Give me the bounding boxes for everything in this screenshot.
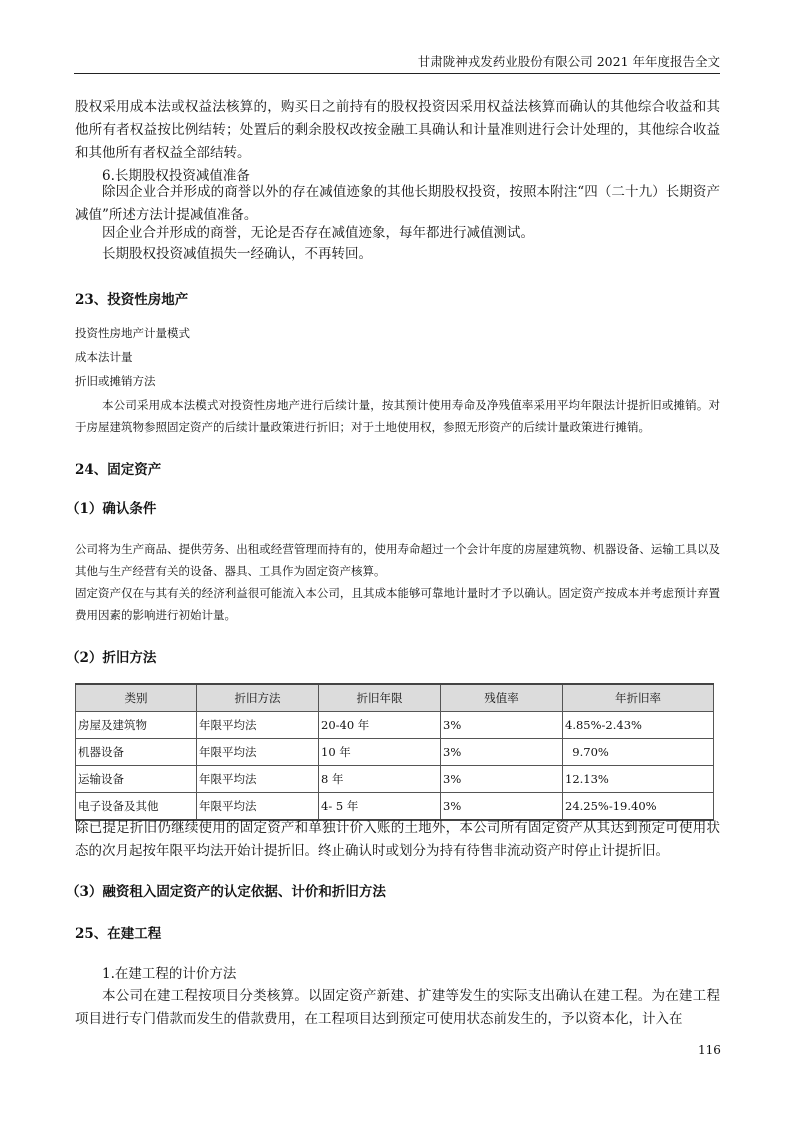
table-row: 电子设备及其他 年限平均法 4- 5 年 3% 24.25%-19.40% — [76, 793, 714, 821]
cell: 年限平均法 — [197, 739, 319, 766]
page-number: 116 — [698, 1043, 721, 1057]
construction-paragraph: 本公司在建工程按项目分类核算。以固定资产新建、扩建等发生的实际支出确认在建工程。… — [75, 985, 720, 1031]
cell: 3% — [441, 793, 563, 821]
section-25-heading: 25、在建工程 — [75, 922, 161, 942]
cell: 3% — [441, 712, 563, 739]
col-years: 折旧年限 — [319, 684, 441, 712]
recognition-paragraph-1: 公司将为生产商品、提供劳务、出租或经营管理而持有的，使用寿命超过一个会计年度的房… — [75, 538, 720, 582]
cell: 9.70% — [563, 739, 714, 766]
impairment-paragraph-1: 除因企业合并形成的商誉以外的存在减值迹象的其他长期股权投资，按照本附注“四（二十… — [75, 181, 720, 227]
depreciation-method-label: 折旧或摊销方法 — [75, 370, 720, 392]
cell: 机器设备 — [76, 739, 197, 766]
cost-method-label: 成本法计量 — [75, 346, 720, 368]
depreciation-paragraph: 除已提足折旧仍继续使用的固定资产和单独计价入账的土地外，本公司所有固定资产从其达… — [75, 817, 720, 863]
cell: 8 年 — [319, 766, 441, 793]
intro-paragraph: 股权采用成本法或权益法核算的，购买日之前持有的股权投资因采用权益法核算而确认的其… — [75, 96, 720, 165]
construction-subheading: 1.在建工程的计价方法 — [75, 963, 720, 986]
depreciation-table: 类别 折旧方法 折旧年限 残值率 年折旧率 房屋及建筑物 年限平均法 20-40… — [75, 683, 714, 821]
depreciation-heading: （2）折旧方法 — [66, 646, 156, 666]
cell: 年限平均法 — [197, 712, 319, 739]
table-row: 机器设备 年限平均法 10 年 3% 9.70% — [76, 739, 714, 766]
col-category: 类别 — [76, 684, 197, 712]
col-rate: 年折旧率 — [563, 684, 714, 712]
cell: 3% — [441, 739, 563, 766]
report-header: 甘肃陇神戎发药业股份有限公司 2021 年年度报告全文 — [74, 52, 720, 74]
cell: 10 年 — [319, 739, 441, 766]
measurement-mode-label: 投资性房地产计量模式 — [75, 322, 720, 344]
impairment-paragraph-3: 长期股权投资减值损失一经确认，不再转回。 — [75, 243, 720, 266]
col-residual: 残值率 — [441, 684, 563, 712]
cell: 年限平均法 — [197, 766, 319, 793]
cell: 房屋及建筑物 — [76, 712, 197, 739]
section-24-heading: 24、固定资产 — [75, 458, 161, 478]
cell: 电子设备及其他 — [76, 793, 197, 821]
table-row: 房屋及建筑物 年限平均法 20-40 年 3% 4.85%-2.43% — [76, 712, 714, 739]
cell: 20-40 年 — [319, 712, 441, 739]
cell: 3% — [441, 766, 563, 793]
recognition-paragraph-2: 固定资产仅在与其有关的经济利益很可能流入本公司，且其成本能够可靠地计量时才予以确… — [75, 582, 720, 626]
cell: 4- 5 年 — [319, 793, 441, 821]
table-row: 运输设备 年限平均法 8 年 3% 12.13% — [76, 766, 714, 793]
table-header-row: 类别 折旧方法 折旧年限 残值率 年折旧率 — [76, 684, 714, 712]
section-23-paragraph: 本公司采用成本法模式对投资性房地产进行后续计量，按其预计使用寿命及净残值率采用平… — [75, 394, 720, 438]
impairment-paragraph-2: 因企业合并形成的商誉，无论是否存在减值迹象，每年都进行减值测试。 — [75, 222, 720, 245]
cell: 运输设备 — [76, 766, 197, 793]
cell: 24.25%-19.40% — [563, 793, 714, 821]
col-method: 折旧方法 — [197, 684, 319, 712]
cell: 4.85%-2.43% — [563, 712, 714, 739]
cell: 12.13% — [563, 766, 714, 793]
cell: 年限平均法 — [197, 793, 319, 821]
section-23-heading: 23、投资性房地产 — [75, 288, 188, 308]
recognition-heading: （1）确认条件 — [66, 497, 156, 517]
finance-lease-heading: （3）融资租入固定资产的认定依据、计价和折旧方法 — [66, 880, 386, 900]
